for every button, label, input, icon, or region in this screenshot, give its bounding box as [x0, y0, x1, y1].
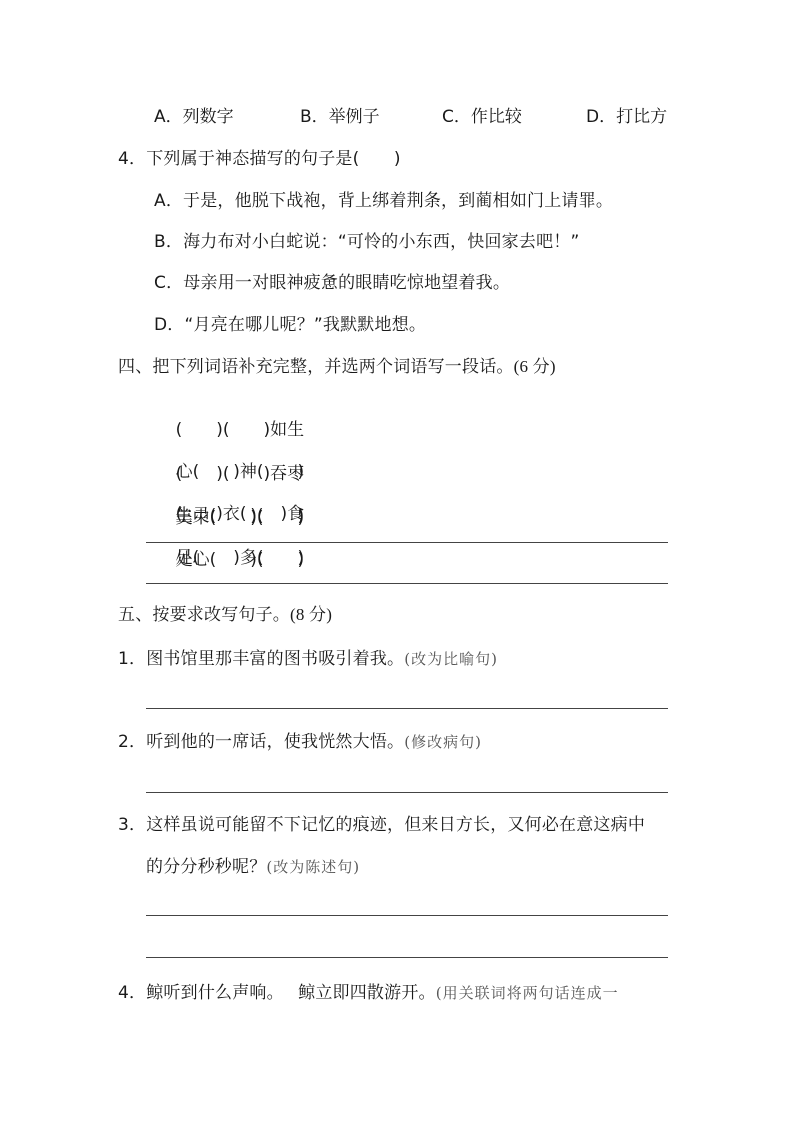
- rewrite-item-4-text: 4．鲸听到什么声响。 鲸立即四散游开。: [118, 983, 436, 1003]
- idiom-blank[interactable]: ( )衣( )食: [176, 504, 305, 524]
- section-5-title-text: 五、按要求改写句子。: [118, 605, 290, 625]
- idiom-row-3: ( )衣( )食 足( )多( ): [154, 481, 304, 591]
- section-4-score: (6 分): [514, 357, 556, 376]
- idiom-blank[interactable]: ( )( )如生: [176, 420, 305, 440]
- q4-option-b[interactable]: B．海力布对小白蛇说：“可怜的小东西，快回家去吧！”: [154, 231, 579, 253]
- idiom-blank[interactable]: 足( )多( ): [176, 548, 305, 568]
- section-5-title: 五、按要求改写句子。(8 分): [118, 604, 332, 626]
- q4-option-d[interactable]: D．“月亮在哪儿呢？”我默默地想。: [154, 314, 426, 336]
- q3-option-c[interactable]: C．作比较: [442, 106, 522, 128]
- section-5-score: (8 分): [290, 605, 332, 624]
- q4-option-c[interactable]: C．母亲用一对眼神疲惫的眼睛吃惊地望着我。: [154, 272, 510, 294]
- section-4-title-text: 四、把下列词语补充完整，并选两个词语写一段话。: [118, 357, 514, 377]
- rewrite-item-3-text: 3．这样虽说可能留不下记忆的痕迹，但来日方长，又何必在意这病中: [118, 815, 645, 835]
- rewrite-item-2-text: 2．听到他的一席话，使我恍然大悟。: [118, 732, 404, 752]
- rewrite-item-3-cont: 的分分秒秒呢？(改为陈述句): [146, 856, 360, 878]
- answer-line[interactable]: [146, 957, 668, 958]
- answer-line[interactable]: [146, 915, 668, 916]
- q4-option-a[interactable]: A．于是，他脱下战袍，背上绑着荆条，到蔺相如门上请罪。: [154, 190, 613, 212]
- rewrite-item-3-text2: 的分分秒秒呢？: [146, 857, 266, 877]
- rewrite-item-4: 4．鲸听到什么声响。 鲸立即四散游开。(用关联词将两句话连成一: [118, 982, 619, 1004]
- q4-stem: 4．下列属于神态描写的句子是( ): [118, 148, 401, 170]
- rewrite-item-1-hint: (改为比喻句): [404, 650, 498, 668]
- rewrite-item-2-hint: (修改病句): [404, 733, 482, 751]
- rewrite-item-3-hint: (改为陈述句): [266, 858, 360, 876]
- idiom-blank[interactable]: 心( )神( ): [176, 462, 305, 482]
- section-4-title: 四、把下列词语补充完整，并选两个词语写一段话。(6 分): [118, 356, 556, 378]
- rewrite-item-4-hint: (用关联词将两句话连成一: [436, 984, 619, 1002]
- answer-line[interactable]: [146, 792, 668, 793]
- rewrite-item-1-text: 1．图书馆里那丰富的图书吸引着我。: [118, 649, 404, 669]
- rewrite-item-3: 3．这样虽说可能留不下记忆的痕迹，但来日方长，又何必在意这病中: [118, 814, 645, 836]
- q3-option-b[interactable]: B．举例子: [300, 106, 380, 128]
- q3-option-a[interactable]: A．列数字: [154, 106, 234, 128]
- answer-line[interactable]: [146, 542, 668, 543]
- rewrite-item-2: 2．听到他的一席话，使我恍然大悟。(修改病句): [118, 731, 482, 753]
- q3-option-d[interactable]: D．打比方: [586, 106, 667, 128]
- answer-line[interactable]: [146, 708, 668, 709]
- rewrite-item-1: 1．图书馆里那丰富的图书吸引着我。(改为比喻句): [118, 648, 498, 670]
- answer-line[interactable]: [146, 583, 668, 584]
